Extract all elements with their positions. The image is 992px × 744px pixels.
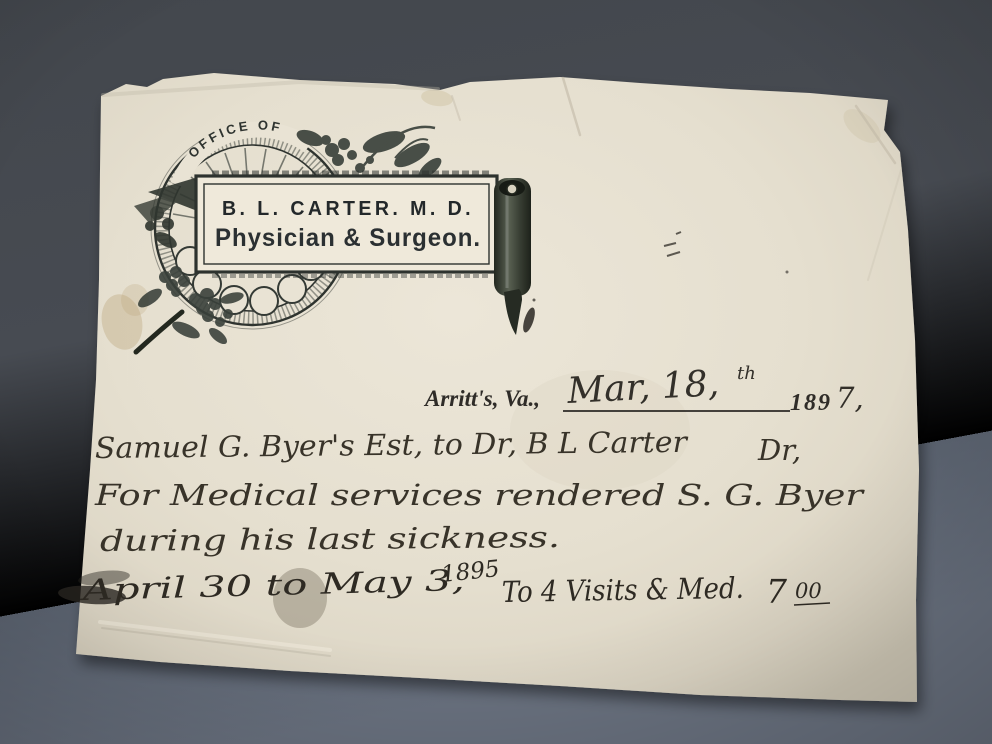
- photo-vignette: [0, 0, 992, 744]
- photo-of-document: OFFICE OF: [0, 0, 992, 744]
- photo-canvas: OFFICE OF: [0, 0, 992, 744]
